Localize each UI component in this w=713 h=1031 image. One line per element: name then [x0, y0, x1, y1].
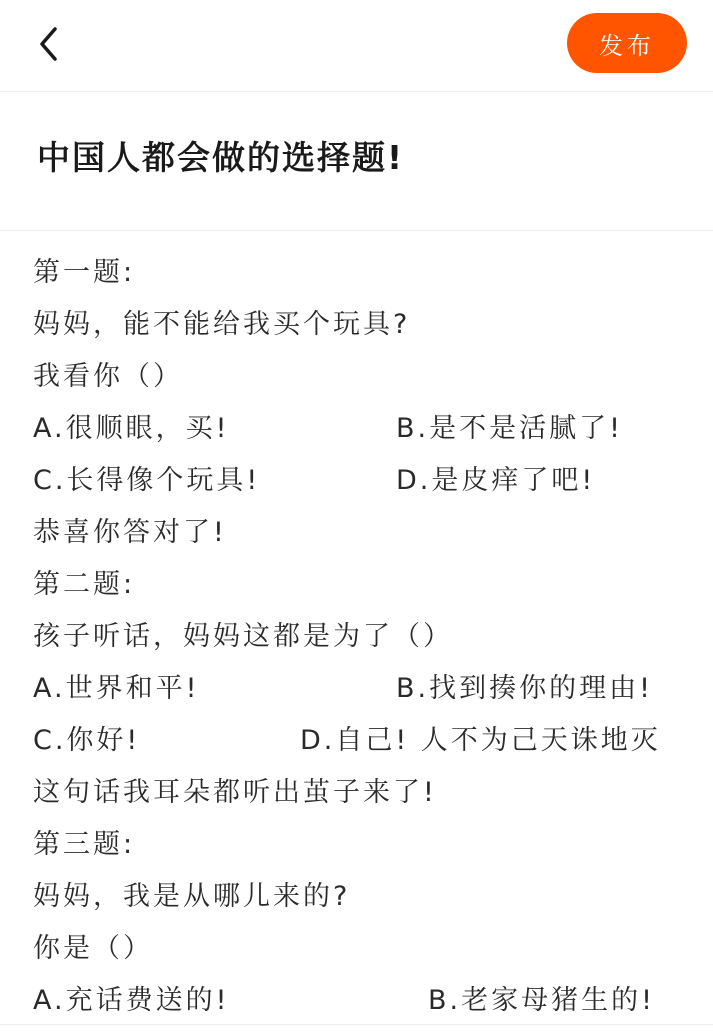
option-a: A.世界和平!	[33, 663, 199, 715]
option-d: D.自己! 人不为己天诛地灭	[300, 715, 661, 767]
question-heading: 第二题:	[33, 559, 135, 611]
option-c: C.你好!	[33, 715, 140, 767]
option-a: A.很顺眼，买!	[33, 403, 229, 455]
question-text: 我看你（）	[33, 351, 183, 403]
title-section: 中国人都会做的选择题!	[0, 92, 713, 231]
option-b: B.找到揍你的理由!	[396, 663, 653, 715]
option-d: D.是皮痒了吧!	[396, 455, 595, 507]
article-title: 中国人都会做的选择题!	[37, 132, 404, 179]
top-bar: 发布	[0, 0, 713, 92]
question-heading: 第三题:	[33, 819, 135, 871]
article-body[interactable]: 第一题: 妈妈，能不能给我买个玩具? 我看你（） A.很顺眼，买! B.是不是活…	[0, 231, 713, 1025]
option-b: B.老家母猪生的!	[428, 975, 655, 1025]
question-text: 孩子听话，妈妈这都是为了（）	[33, 611, 453, 663]
question-text: 妈妈，能不能给我买个玩具?	[33, 299, 410, 351]
question-heading: 第一题:	[33, 247, 135, 299]
answer-note: 这句话我耳朵都听出茧子来了!	[33, 767, 437, 819]
publish-button[interactable]: 发布	[567, 13, 687, 73]
option-c: C.长得像个玩具!	[33, 455, 260, 507]
option-a: A.充话费送的!	[33, 975, 229, 1025]
answer-note: 恭喜你答对了!	[33, 507, 227, 559]
back-button[interactable]	[30, 22, 66, 66]
question-text: 你是（）	[33, 923, 153, 975]
chevron-left-icon	[37, 26, 59, 62]
question-text: 妈妈，我是从哪儿来的?	[33, 871, 350, 923]
option-b: B.是不是活腻了!	[396, 403, 623, 455]
